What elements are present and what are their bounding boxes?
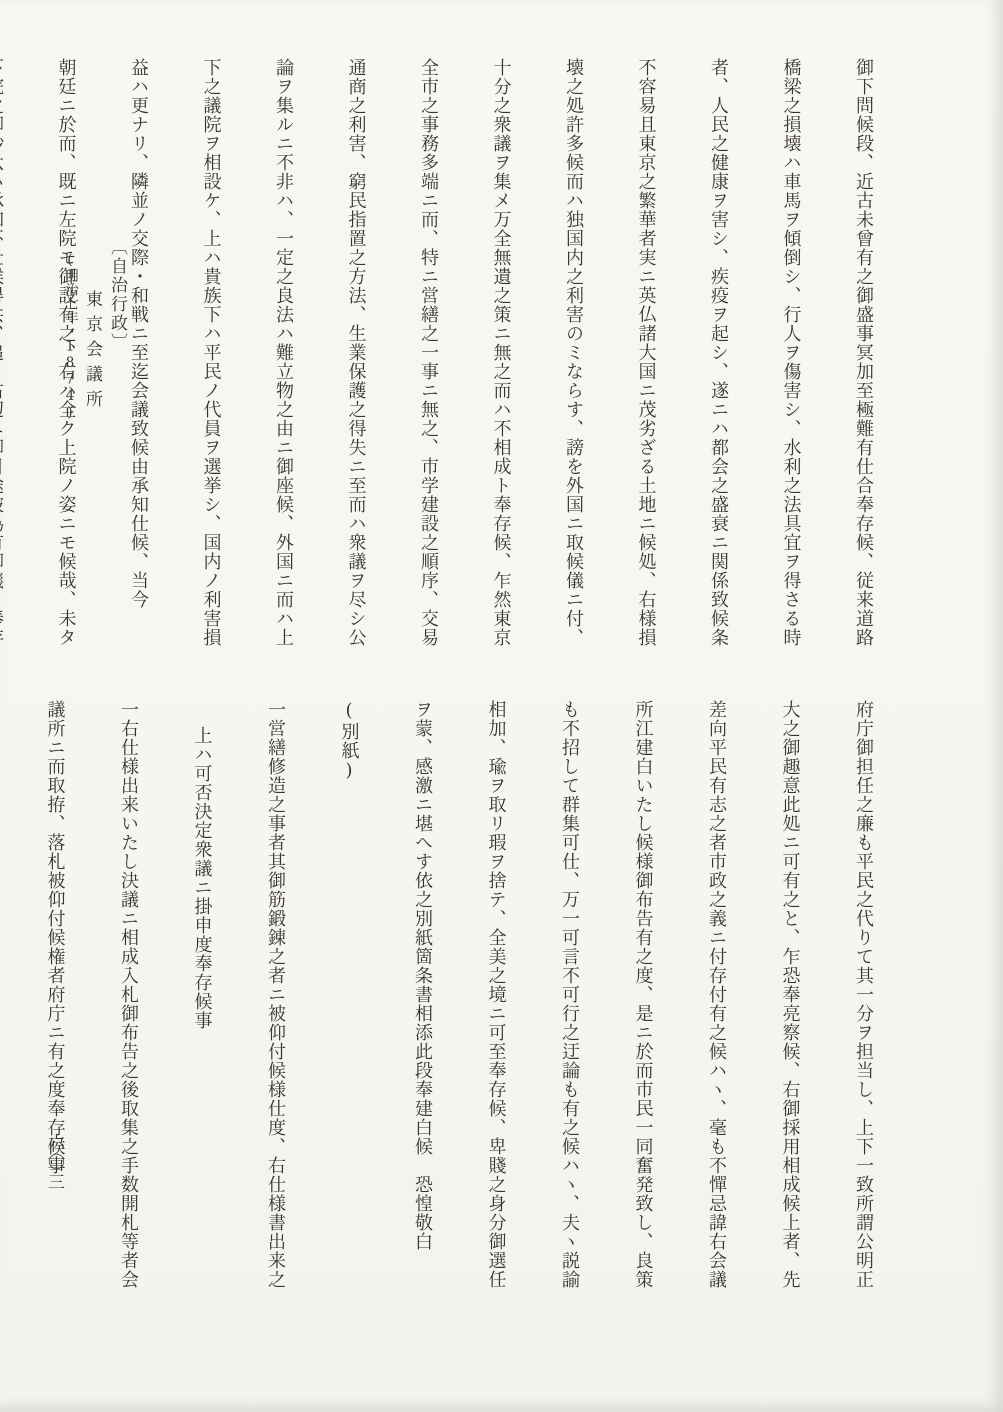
text-column: 下之議院ヲ相設ケ、上ハ貴族下ハ平民ノ代員ヲ選挙シ、国内ノ利害損: [183, 58, 220, 688]
article-column: 一営繕修造之事者其御筋鍛錬之者ニ被仰付候様仕度、右仕様書出来之: [247, 700, 285, 1360]
text-column: 御下問候段、近古未曾有之御盛事冥加至極難有仕合奉存候、従来道路: [836, 58, 873, 688]
page-number: 六〇三: [42, 1133, 67, 1193]
text-column: 橋梁之損壊ハ車馬ヲ傾倒シ、行人ヲ傷害シ、水利之法具宜ヲ得さる時: [763, 58, 800, 688]
text-column: 全市之事務多端ニ而、特ニ営繕之一事ニ無之、市学建設之順序、交易: [401, 58, 438, 688]
margin-heading: 〔自治行政〕 東京会議所 (明治七年・1874): [40, 150, 150, 620]
year-note: (明治七年・1874): [60, 252, 80, 421]
text-column: 府庁御担任之廉も平民之代りて其一分ヲ担当し、上下一致所謂公明正: [835, 700, 873, 1360]
text-column: ヲ蒙、感激ニ堪へす依之別紙箇条書相添此段奉建白候 恐惶敬白: [394, 700, 432, 1360]
text-column: 論ヲ集ルニ不非ハ、一定之良法ハ難立物之由ニ御座候、外国ニ而ハ上: [256, 58, 293, 688]
text-column: 壊之処許多候而ハ独国内之利害のミならす、謗を外国ニ取候儀ニ付、: [546, 58, 583, 688]
text-column: 下院之御沙汰ハ承知不仕候得共、追ヽ右辺ニ御目途被為有御儀ト奉存: [0, 58, 2, 688]
category-label: 〔自治行政〕: [107, 238, 127, 352]
text-column: 相加、瑜ヲ取リ瑕ヲ捨テ、全美之境ニ可至奉存候、卑賤之身分御選任: [467, 700, 505, 1360]
attachment-label: (別紙): [320, 700, 358, 1360]
organization-title: 東京会議所: [80, 290, 105, 415]
text-column: 大之御趣意此処ニ可有之と、乍恐奉亮察候、右御採用相成候上者、先: [761, 700, 799, 1360]
text-column: 所江建白いたし候様御布告有之度、是ニ於而市民一同奮発致し、良策: [614, 700, 652, 1360]
text-column: 通商之利害、窮民指置之方法、生業保護之得失ニ至而ハ衆議ヲ尽シ公: [328, 58, 365, 688]
text-column: 者、人民之健康ヲ害シ、疾疫ヲ起シ、遂ニハ都会之盛衰ニ関係致候条: [691, 58, 728, 688]
appendix-body: 府庁御担任之廉も平民之代りて其一分ヲ担当し、上下一致所謂公明正 大之御趣意此処ニ…: [113, 700, 908, 1360]
text-column: 十分之衆議ヲ集メ万全無遺之策ニ無之而ハ不相成ト奉存候、乍然東京: [473, 58, 510, 688]
document-page: 御下問候段、近古未曾有之御盛事冥加至極難有仕合奉存候、従来道路 橋梁之損壊ハ車馬…: [0, 0, 1003, 1412]
text-column: 差向平民有志之者市政之義ニ付存付有之候ハヽ、毫も不憚忌諱右会議: [688, 700, 726, 1360]
text-column: も不招して群集可仕、万一可言不可行之迂論も有之候ハヽ、夫ヽ説諭: [541, 700, 579, 1360]
article-column: 議所ニ而取拵、落札被仰付候権者府庁ニ有之度奉存候事: [26, 700, 64, 1360]
petition-body: 御下問候段、近古未曾有之御盛事冥加至極難有仕合奉存候、従来道路 橋梁之損壊ハ車馬…: [108, 58, 908, 688]
article-column: 一右仕様出来いたし決議ニ相成入札御布告之後取集之手数開札等者会: [100, 700, 138, 1360]
article-column: 上ハ可否決定衆議ニ掛申度奉存候事: [173, 700, 211, 1386]
text-column: 不容易且東京之繁華者実ニ英仏諸大国ニ茂劣ざる土地ニ候処、右様損: [618, 58, 655, 688]
